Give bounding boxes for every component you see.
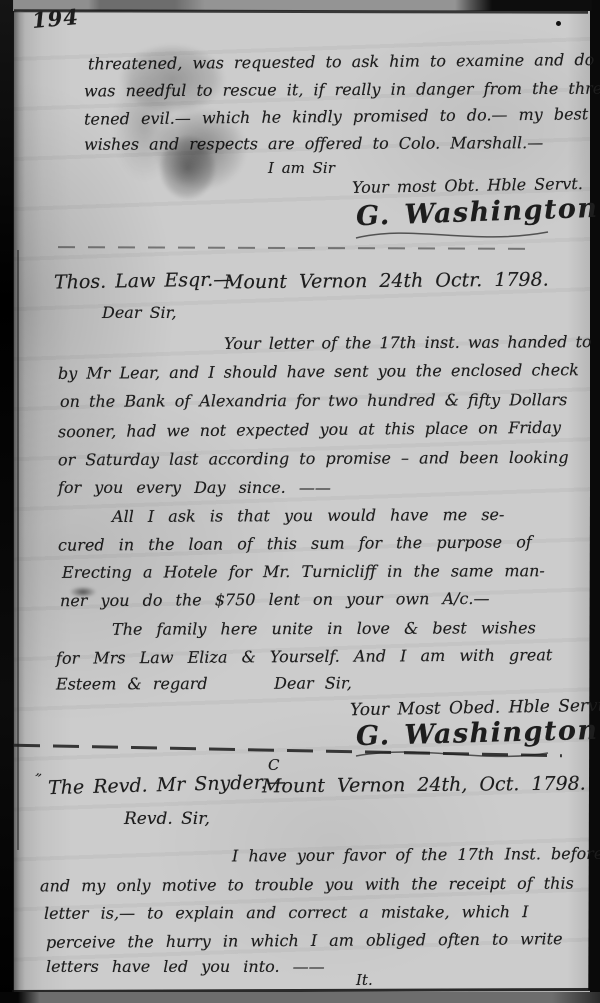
- manuscript-line: perceive the hurry in which I am obliged…: [46, 929, 563, 952]
- manuscript-line: The family here unite in love & best wis…: [112, 618, 536, 638]
- dateline: Mount Vernon 24th Octr. 1798.: [224, 269, 549, 294]
- manuscript-line: Esteem & regard Dear Sir,: [56, 673, 352, 693]
- closing-intro: I am Sir: [268, 159, 335, 177]
- dateline: Mount Vernon 24th, Oct. 1798.: [262, 773, 586, 798]
- manuscript-line: by Mr Lear, and I should have sent you t…: [58, 360, 579, 383]
- manuscript-line: cured in the loan of this sum for the pu…: [58, 532, 532, 554]
- scan-bottom-strip: [0, 992, 600, 1003]
- manuscript-line: Erecting a Hotele for Mr. Turnicliff in …: [62, 561, 545, 582]
- letterbook-page-scan: 194 threatened, was requested to ask him…: [0, 0, 600, 1003]
- ink-smudge: [66, 585, 100, 599]
- signature: G. Washington: [356, 715, 599, 752]
- ink-stain-core: [150, 125, 225, 210]
- manuscript-line: for you every Day since. ——: [58, 478, 331, 497]
- manuscript-line: I have your favor of the 17th Inst. befo…: [232, 844, 600, 866]
- page-right-edge: [588, 0, 600, 990]
- salutation: Revd. Sir,: [124, 809, 210, 829]
- ink-speck: [556, 21, 561, 26]
- manuscript-line: letters have led you into. ——: [46, 957, 325, 976]
- manuscript-line: letter is,— to explain and correct a mis…: [44, 902, 528, 923]
- signature-flourish: [352, 748, 552, 764]
- gutter-fold-line: [17, 250, 19, 850]
- manuscript-line: All I ask is that you would have me se-: [112, 505, 505, 526]
- catchword: It.: [356, 971, 373, 989]
- manuscript-line: ner you do the $750 lent on your own A/c…: [60, 589, 490, 610]
- binding-edge: [0, 0, 13, 1003]
- salutation: Dear Sir,: [102, 303, 177, 322]
- manuscript-line: or Saturday last according to promise – …: [58, 448, 569, 470]
- addressee: Thos. Law Esqr.—: [54, 268, 233, 293]
- manuscript-line: for Mrs Law Eliza & Yourself. And I am w…: [56, 645, 552, 667]
- manuscript-line: on the Bank of Alexandria for two hundre…: [60, 390, 567, 411]
- signature-flourish: [352, 228, 552, 244]
- page-number: 194: [31, 4, 80, 33]
- gutter-shadow: [13, 11, 25, 992]
- manuscript-line: and my only motive to trouble you with t…: [40, 874, 574, 896]
- manuscript-line: Your letter of the 17th inst. was handed…: [224, 332, 600, 353]
